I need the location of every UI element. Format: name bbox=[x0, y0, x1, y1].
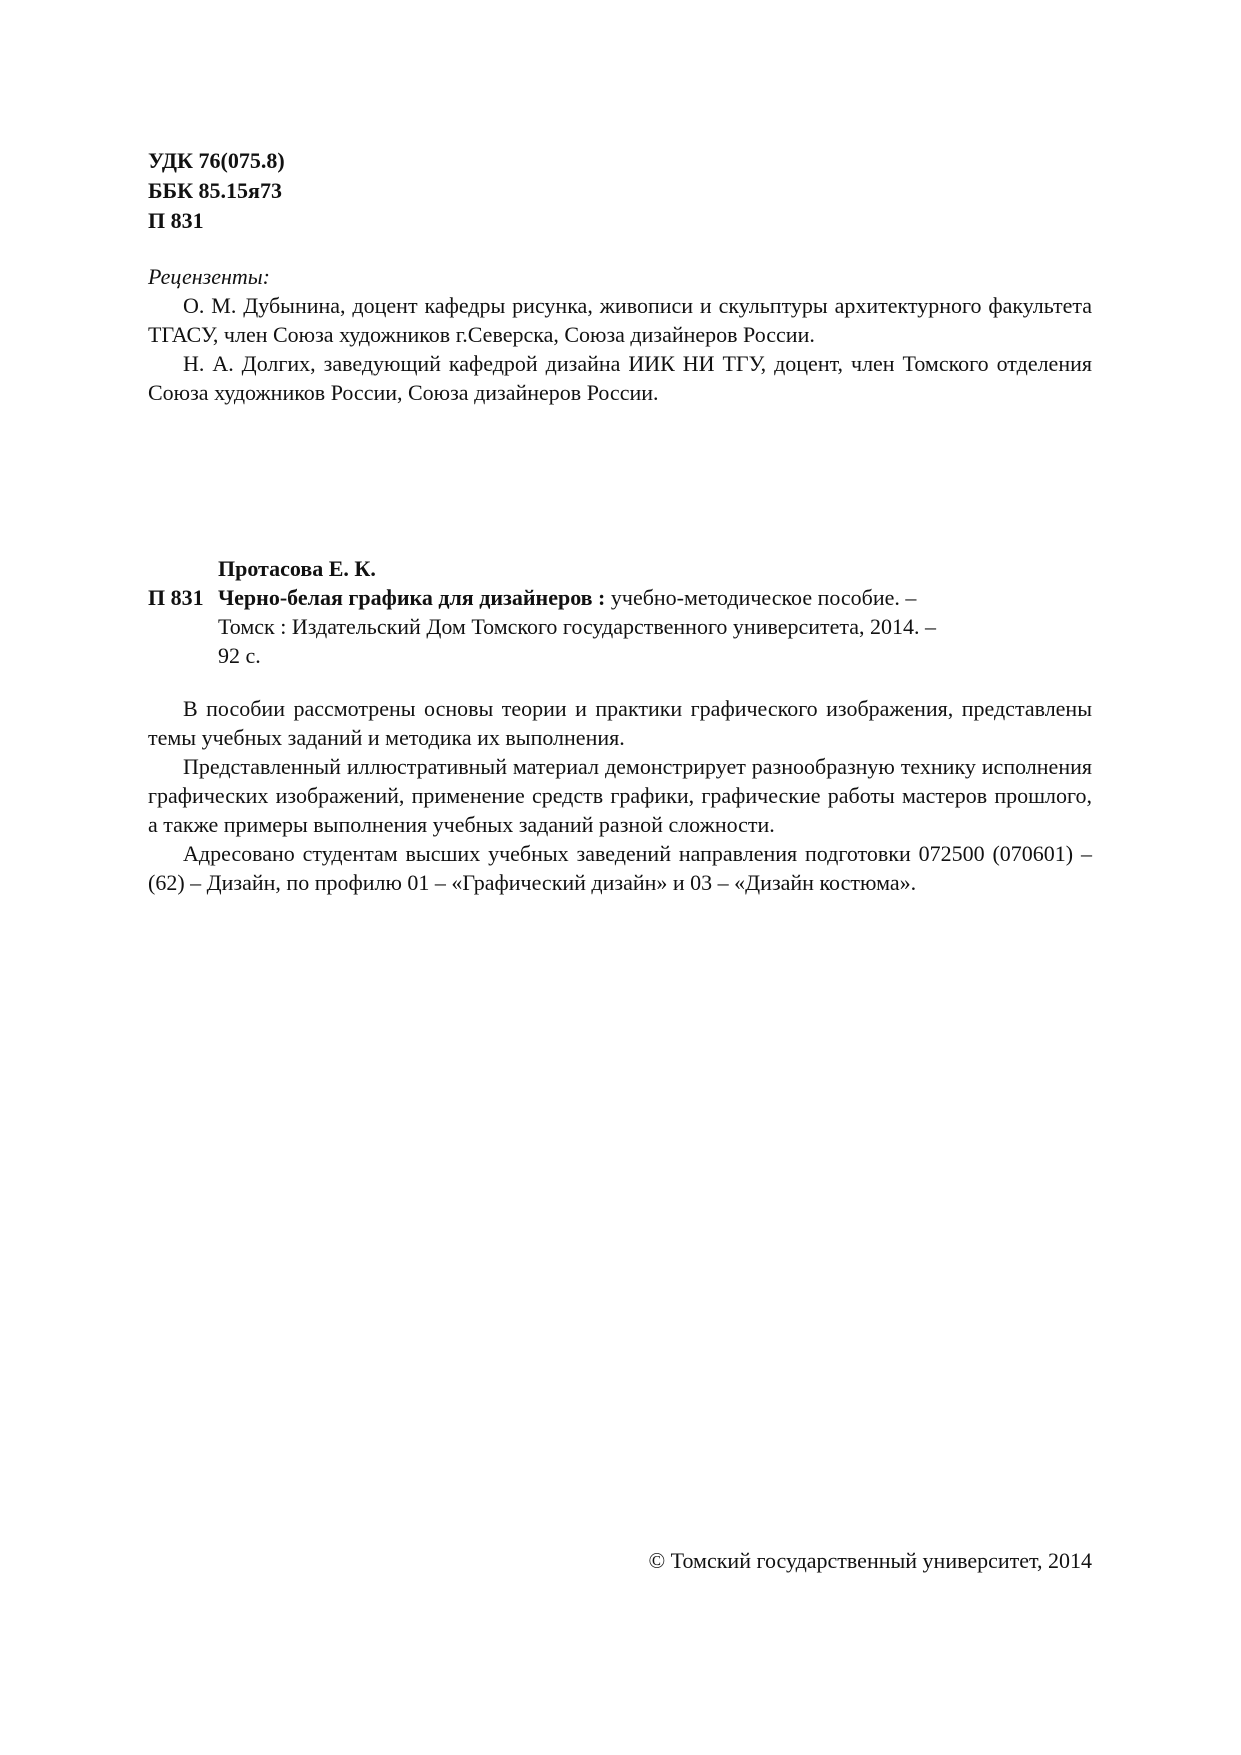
reviewer-entry: О. М. Дубынина, доцент кафедры рисунка, … bbox=[148, 291, 1092, 349]
reviewers-section: Рецензенты: О. М. Дубынина, доцент кафед… bbox=[148, 262, 1092, 407]
book-pages: 92 с. bbox=[218, 643, 261, 668]
bbk-code: ББК 85.15я73 bbox=[148, 176, 285, 206]
abstract-paragraph: Адресовано студентам высших учебных заве… bbox=[148, 839, 1092, 897]
book-type: учебно-методическое пособие. – bbox=[605, 585, 916, 610]
book-author: Протасова Е. К. bbox=[218, 554, 1092, 583]
bib-description: Черно-белая графика для дизайнеров : уче… bbox=[218, 583, 1092, 670]
abstract-section: В пособии рассмотрены основы теории и пр… bbox=[148, 694, 1092, 897]
book-title: Черно-белая графика для дизайнеров : bbox=[218, 585, 605, 610]
abstract-paragraph: Представленный иллюстративный материал д… bbox=[148, 752, 1092, 839]
classification-codes: УДК 76(075.8) ББК 85.15я73 П 831 bbox=[148, 146, 285, 236]
bib-code: П 831 bbox=[148, 583, 218, 670]
copyright-notice: © Томский государственный университет, 2… bbox=[648, 1548, 1092, 1574]
document-page: УДК 76(075.8) ББК 85.15я73 П 831 Рецензе… bbox=[0, 0, 1241, 1755]
book-imprint: Томск : Издательский Дом Томского госуда… bbox=[218, 614, 936, 639]
udk-code: УДК 76(075.8) bbox=[148, 146, 285, 176]
reviewer-entry: Н. А. Долгих, заведующий кафедрой дизайн… bbox=[148, 349, 1092, 407]
bibliographic-record: Протасова Е. К. П 831 Черно-белая график… bbox=[148, 554, 1092, 670]
abstract-paragraph: В пособии рассмотрены основы теории и пр… bbox=[148, 694, 1092, 752]
reviewers-heading: Рецензенты: bbox=[148, 262, 1092, 291]
author-mark-code: П 831 bbox=[148, 206, 285, 236]
